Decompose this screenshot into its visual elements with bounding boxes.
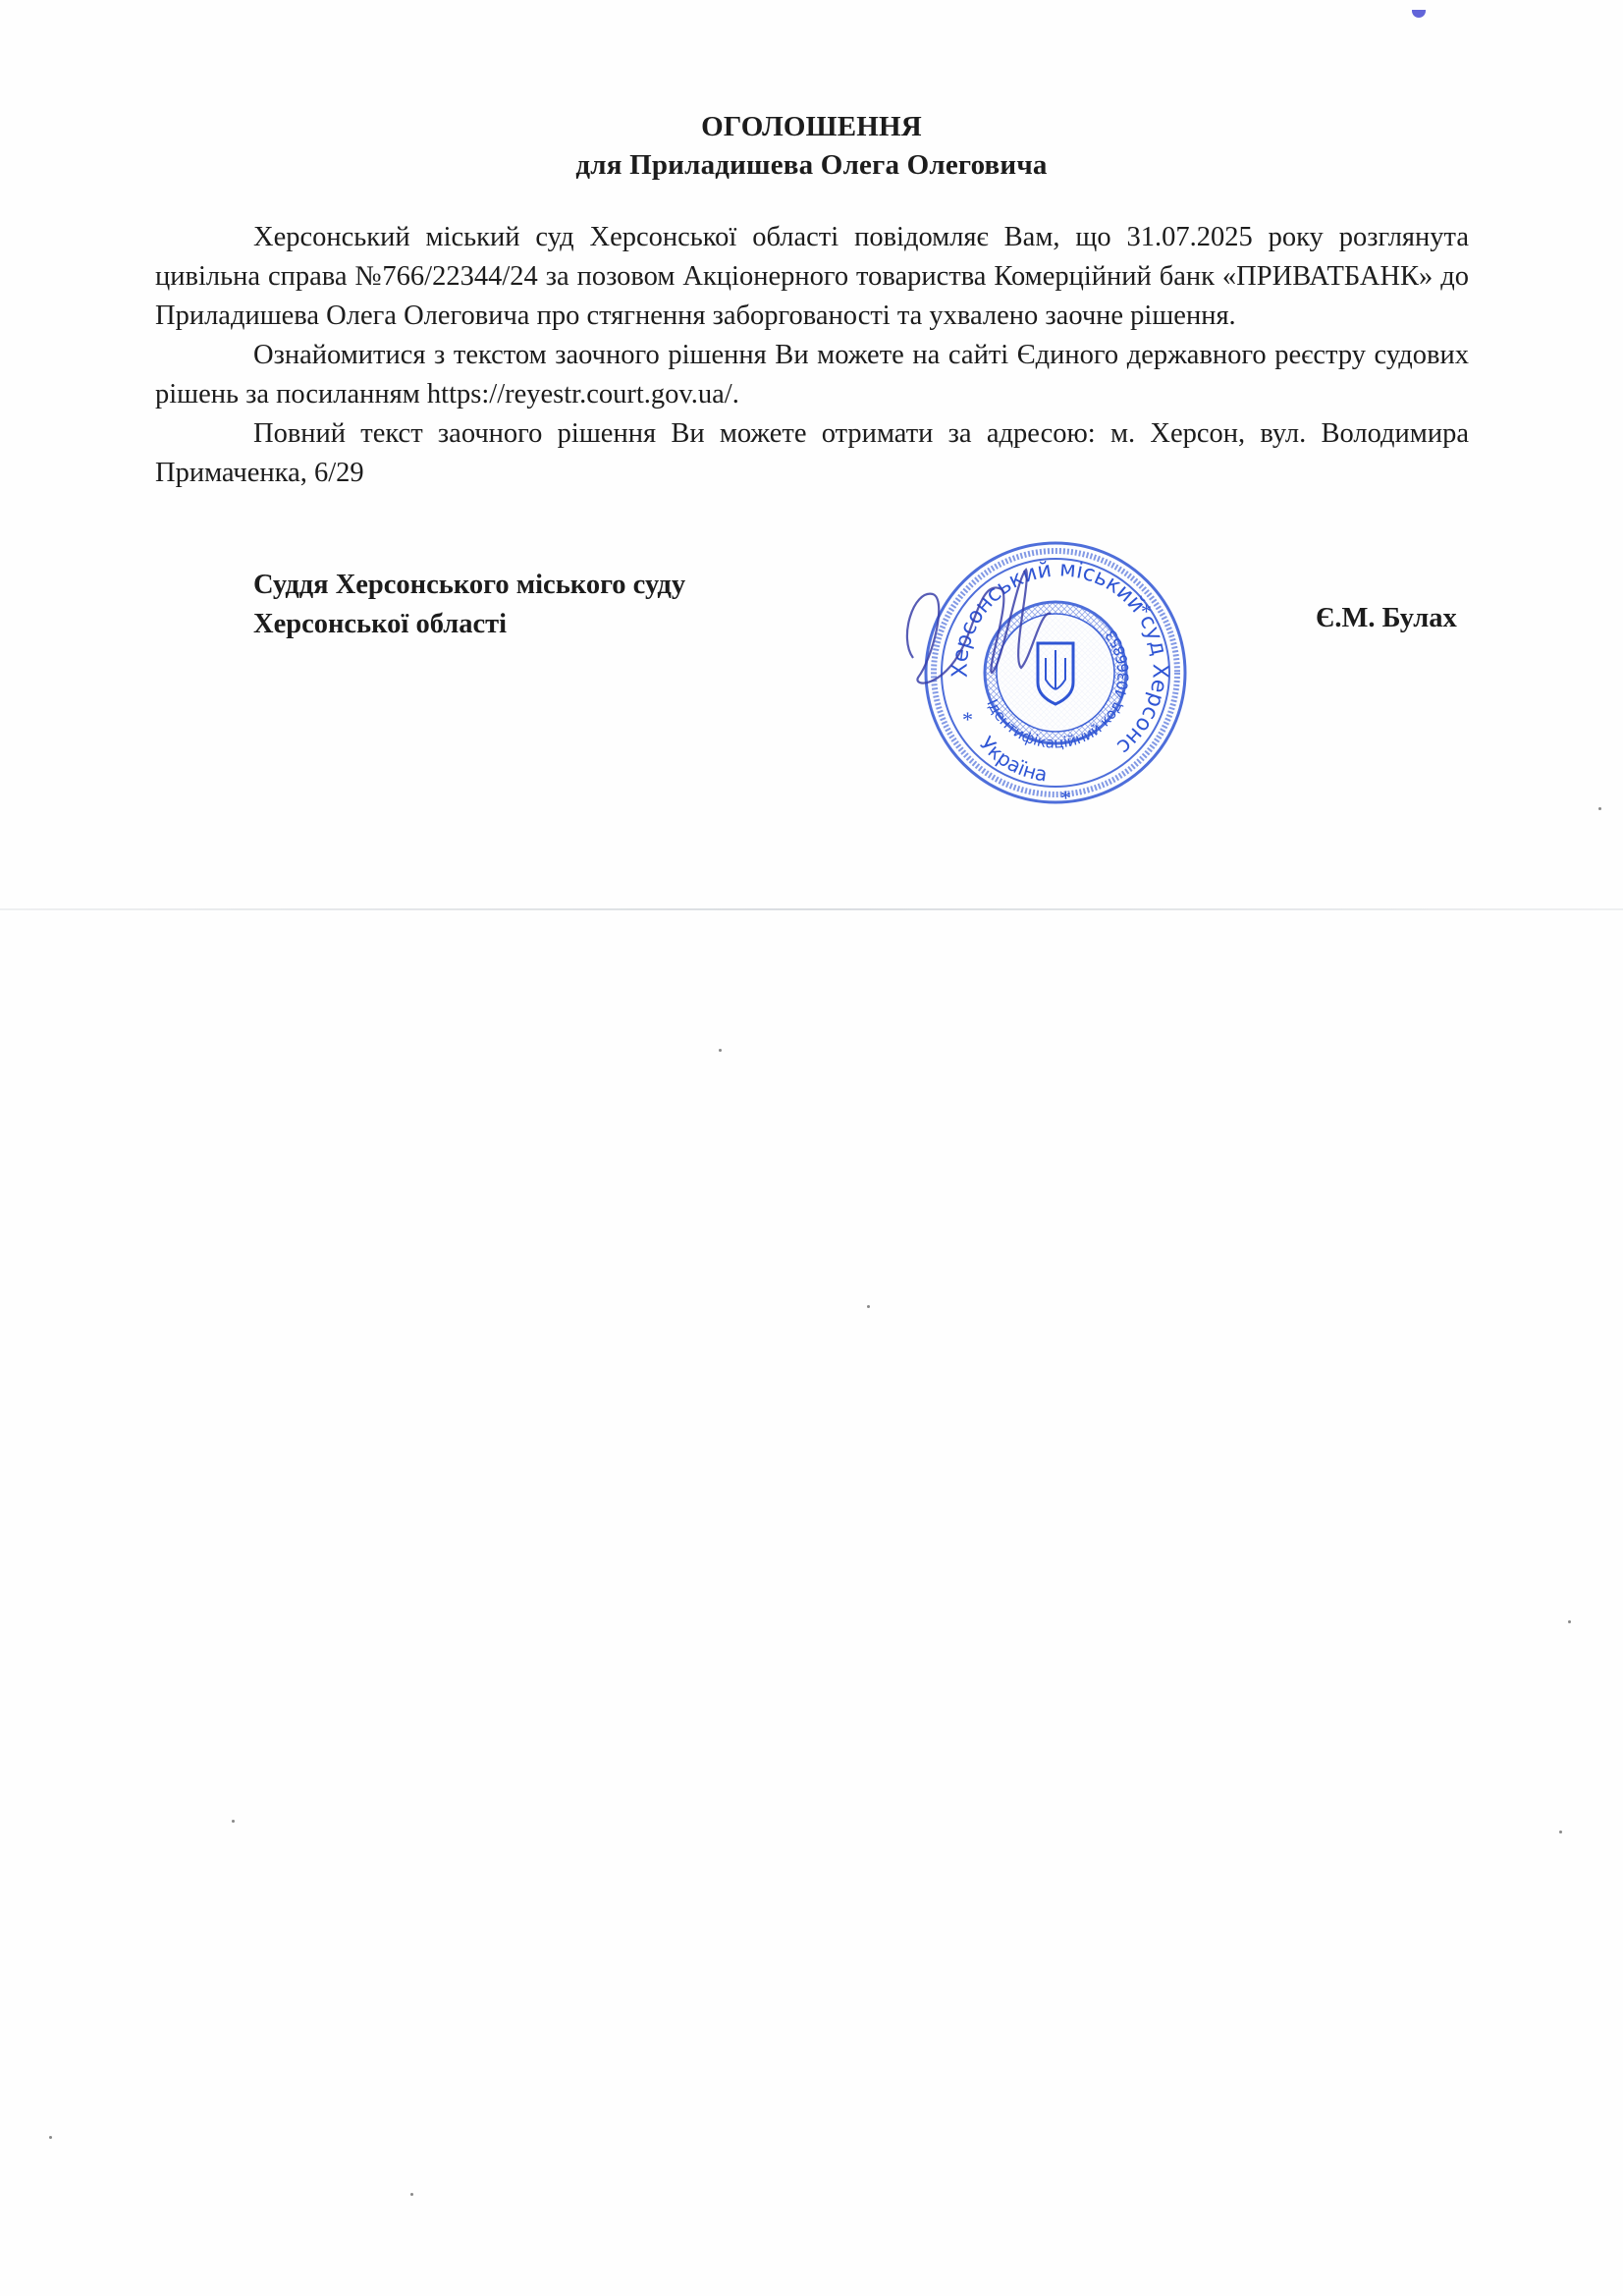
document-heading: ОГОЛОШЕННЯ <box>0 111 1623 143</box>
document-body: Херсонський міський суд Херсонської обла… <box>155 218 1469 493</box>
paragraph-registry: Ознайомитися з текстом заочного рішення … <box>155 336 1469 414</box>
paragraph-address: Повний текст заочного рішення Ви можете … <box>155 414 1469 493</box>
scan-speck <box>1559 1831 1562 1833</box>
svg-text:*: * <box>1060 786 1071 810</box>
scan-speck <box>410 2193 413 2196</box>
svg-text:*: * <box>962 707 973 732</box>
position-line-1: Суддя Херсонського міського суду <box>253 566 685 605</box>
scan-speck <box>719 1049 722 1052</box>
court-seal-icon: Херсонський міський суд Херсонської обла… <box>893 520 1217 815</box>
scan-speck <box>232 1820 235 1823</box>
scan-speck <box>1598 807 1601 810</box>
svg-text:*: * <box>1141 599 1152 624</box>
scan-speck <box>49 2136 52 2139</box>
scan-speck <box>1568 1620 1571 1623</box>
document-subheading: для Приладишева Олега Олеговича <box>0 149 1623 182</box>
judge-name: Є.М. Булах <box>1316 603 1457 634</box>
signature-position: Суддя Херсонського міського суду Херсонс… <box>253 566 685 644</box>
paragraph-decision: Херсонський міський суд Херсонської обла… <box>155 218 1469 336</box>
scan-ink-mark <box>1412 10 1426 18</box>
document-page: ОГОЛОШЕННЯ для Приладишева Олега Олегови… <box>0 0 1623 2296</box>
scan-speck <box>867 1305 870 1308</box>
position-line-2: Херсонської області <box>253 605 685 644</box>
scan-fold-line <box>0 908 1623 910</box>
